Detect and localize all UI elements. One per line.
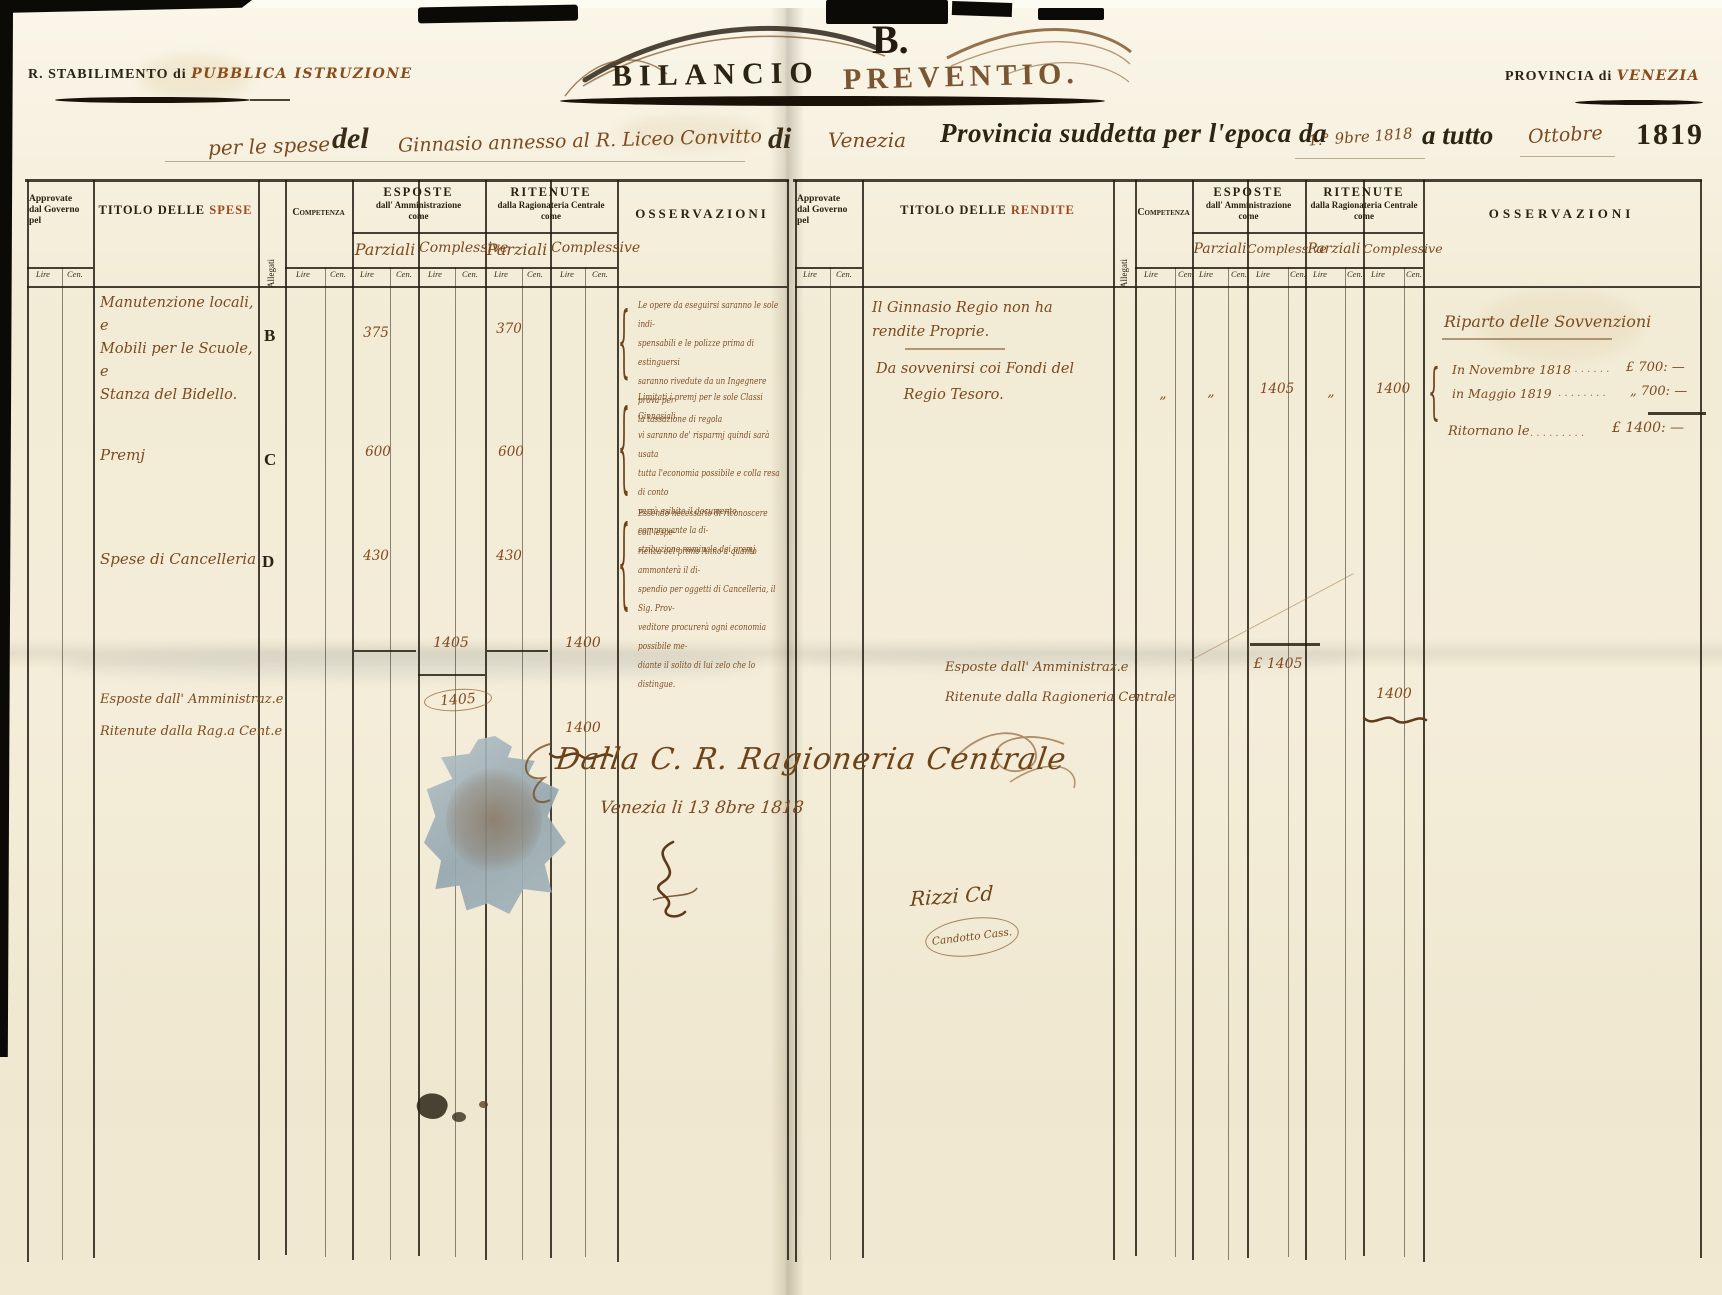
col-ritenute-sub: dalla Ragionateria Centrale come [485,200,617,222]
subtitle-rule [1520,156,1615,157]
cen-label: Cen. [1290,269,1306,279]
cen-label: Cen. [330,269,346,279]
table-row-title: Il Ginnasio Regio non ha rendite Proprie… [872,296,1112,344]
subtitle-hand-ottobre: Ottobre [1527,122,1603,148]
cell-value: 1405 [1250,381,1304,397]
lire-label: Lire [1371,269,1385,279]
recap-value-circled: 1405 [423,687,492,714]
subtitle-print-del: del [332,122,369,156]
col-allegati: Allegati [1119,246,1129,288]
riparto-line-value: £ 700: — [1626,360,1685,375]
riparto-line-value: „ 700: — [1630,384,1687,399]
col-osservazioni: OSSERVAZIONI [617,206,787,222]
table-row-title: Spese di Cancelleria [100,550,256,568]
table-column-line [93,180,95,1258]
table-subcolumn-line [1345,267,1346,1260]
col-esposte-title: ESPOSTE [1192,185,1305,200]
header-left-printed: R. STABILIMENTO di [28,67,187,82]
scan-edge-bar [1038,8,1104,20]
col-parziali: Parziali [486,240,548,259]
signature-right: Rizzi Cd [910,881,994,911]
header-right-printed: PROVINCIA di [1505,69,1612,84]
note-brace: { [618,506,630,622]
footer-office-script: Dalla C. R. Ragioneria Centrale [554,742,1069,777]
handwritten-underline [905,348,1005,350]
table-column-line [285,180,287,1255]
col-titolo-spese: TITOLO DELLE SPESE [95,203,256,218]
lire-label: Lire [1256,269,1270,279]
table-header-bottom [27,286,787,288]
col-esposte-sub: dall' Amministrazione come [352,200,485,222]
subtitle-print-provincia: Provincia suddetta per l'epoca da [940,118,1327,149]
col-approvate: Approvate dal Governo pel [797,194,859,227]
col-competenza: Competenza [1135,207,1192,218]
header-right: PROVINCIA di VENEZIA [1505,68,1700,85]
allegato-letter: C [264,450,276,470]
subtitle-rule [165,161,745,162]
ink-smudge [479,1101,488,1108]
table-column-line [1192,180,1194,1260]
scanned-document: R. STABILIMENTO di PUBBLICA ISTRUZIONE P… [0,0,1722,1295]
col-osservazioni: OSSERVAZIONI [1423,206,1700,222]
titolo-prefix: TITOLO DELLE [900,203,1007,217]
table-subcolumn-line [1228,267,1229,1260]
cell-value: 375 [355,325,397,341]
cell-ditto: „ [1316,384,1346,400]
note-brace: { [1428,356,1440,428]
col-parziali: Parziali [1305,241,1363,257]
signature-paraph [633,838,709,924]
col-esposte-sub: dall' Amministrazione come [1186,200,1311,222]
table-column-line [1135,180,1137,1256]
table-column-line [352,180,354,1260]
riparto-line-label: In Novembre 1818 [1452,362,1571,377]
table-column-line [1247,180,1249,1258]
col-titolo-rendite: TITOLO DELLE RENDITE [862,203,1113,218]
header-right-stamped: VENEZIA [1617,68,1700,84]
cell-value: 1400 [1366,381,1420,397]
header-left: R. STABILIMENTO di PUBBLICA ISTRUZIONE [28,66,413,83]
col-complessive: Complessive [1247,241,1305,256]
cen-label: Cen. [67,269,83,279]
lire-label: Lire [1313,269,1327,279]
scan-edge-bar [0,0,252,13]
header-left-underline-thin [250,99,290,101]
note-brace: { [618,296,630,388]
cell-ditto: „ [1196,384,1226,400]
cen-label: Cen. [1178,269,1194,279]
recap-value: 1400 [1366,686,1422,702]
footer-dateline: Venezia li 13 8bre 1818 [599,798,805,818]
subtitle-rule [1295,158,1425,159]
table-column-line [1113,180,1115,1260]
scan-edge-bar [826,0,948,24]
recap-label: Esposte dall' Amministraz.e [100,692,283,707]
cell-value: 600 [357,444,399,460]
lire-label: Lire [36,269,50,279]
lire-label: Lire [428,269,442,279]
riparto-line-label: in Maggio 1819 [1452,386,1552,401]
cell-value: 600 [490,444,532,460]
title-word-bilancio: BILANCIO [612,56,820,94]
sum-rule [1648,412,1706,415]
table-subcolumn-line [1175,267,1176,1257]
cell-value: 370 [488,321,530,337]
subtitle-hand-venezia: Venezia [828,128,906,152]
subtitle-year: 1819 [1636,118,1704,152]
table-subcolumn-line [325,267,326,1257]
subtitle-hand-spese: per le spese [208,132,331,160]
cell-value: 430 [355,548,397,564]
col-complessive: Complessive [1363,241,1423,256]
lire-label: Lire [1199,269,1213,279]
header-left-stamped: PUBBLICA ISTRUZIONE [191,66,413,82]
lire-label: Lire [803,269,817,279]
col-competenza: Competenza [285,207,352,218]
lire-label: Lire [296,269,310,279]
cen-label: Cen. [1406,269,1422,279]
ink-smudge [452,1112,466,1122]
cen-label: Cen. [462,269,478,279]
note-brace: { [618,390,630,506]
total-rule [354,650,416,652]
riparto-title: Riparto delle Sovvenzioni [1444,312,1651,331]
table-subcolumn-line [1404,267,1405,1257]
col-ritenute-title: RITENUTE [1305,185,1423,200]
header-left-underline [55,97,250,103]
total-rule [487,650,548,652]
riparto-total-label: Ritornano le [1448,424,1530,439]
signature-stamp: Candotto Cass. [923,912,1021,961]
total-ritenute: 1400 [552,635,614,651]
recap-label: Ritenute dalla Ragioneria Centrale [945,690,1175,705]
cell-ditto: „ [1148,386,1178,402]
table-subcolumn-line [62,267,63,1260]
cen-label: Cen. [396,269,412,279]
signature-stamp-text: Candotto Cass. [931,926,1012,948]
col-approvate: Approvate dal Governo pel [29,194,91,227]
table-row-title: Premj [100,446,145,464]
cen-label: Cen. [1231,269,1247,279]
scan-edge-bar [418,5,578,24]
subtitle-print-di: di [768,122,791,156]
header-right-underline [1575,100,1703,105]
recap-label: Ritenute dalla Rag.a Cent.e [100,724,282,739]
riparto-line-leader: . . . . . . . [1568,364,1609,375]
recap-label: Esposte dall' Amministraz.e [945,660,1128,675]
subtitle-hand-ginnasio: Ginnasio annesso al R. Liceo Convitto [398,125,762,157]
scan-edge-left [0,12,13,1057]
riparto-total-leader: . . . . . . . . . [1530,428,1584,439]
lire-label: Lire [360,269,374,279]
table-column-line [1305,180,1307,1260]
table-top-border [25,179,789,182]
table-group-rule [1192,232,1423,234]
table-column-line [485,180,487,1260]
table-subcolumn-line [1288,267,1289,1257]
col-parziali: Parziali [354,240,416,259]
titolo-word: SPESE [209,203,252,217]
col-esposte-title: ESPOSTE [352,185,485,200]
titolo-prefix: TITOLO DELLE [99,203,206,217]
osservazioni-note: Essendo necessario di riconoscere coll' … [638,504,782,694]
table-subcolumn-line [390,267,391,1260]
recap-value: £ 1405 [1242,656,1314,672]
allegato-letter: D [262,552,274,572]
allegato-letter: B [264,326,275,346]
lire-label: Lire [560,269,574,279]
col-ritenute-sub: dalla Ragionateria Centrale come [1297,200,1431,222]
table-column-line [1700,180,1702,1258]
brace-squiggle [1362,712,1428,728]
cell-value: 430 [488,548,530,564]
cen-label: Cen. [1347,269,1363,279]
col-complessive: Complessive [419,240,484,256]
scan-edge-bar [952,1,1012,17]
cen-label: Cen. [527,269,543,279]
handwritten-underline [1442,338,1612,340]
subtitle-print-atutto: a tutto [1422,120,1493,151]
cen-label: Cen. [836,269,852,279]
title-word-preventio: PREVENTIO. [843,57,1080,97]
table-row-title: Manutenzione locali, e Mobili per le Scu… [100,292,258,407]
total-rule [418,674,485,676]
title-underline [560,96,1105,106]
total-rule [1250,643,1320,646]
table-column-line [27,180,29,1262]
riparto-line-leader: . . . . . . . . [1558,388,1606,399]
riparto-total-value: £ 1400: — [1612,420,1684,436]
cen-label: Cen. [592,269,608,279]
col-allegati: Allegati [266,246,276,288]
titolo-word: RENDITE [1011,203,1075,217]
table-column-line [418,180,420,1256]
col-parziali: Parziali [1193,241,1247,257]
total-esposte: 1405 [420,635,482,651]
col-ritenute-title: RITENUTE [485,185,617,200]
table-row-title: Da sovvenirsi coi Fondi del Regio Tesoro… [876,356,1074,408]
col-complessive: Complessive [551,240,615,256]
table-column-line [258,180,260,1260]
lire-label: Lire [1144,269,1158,279]
lire-label: Lire [494,269,508,279]
